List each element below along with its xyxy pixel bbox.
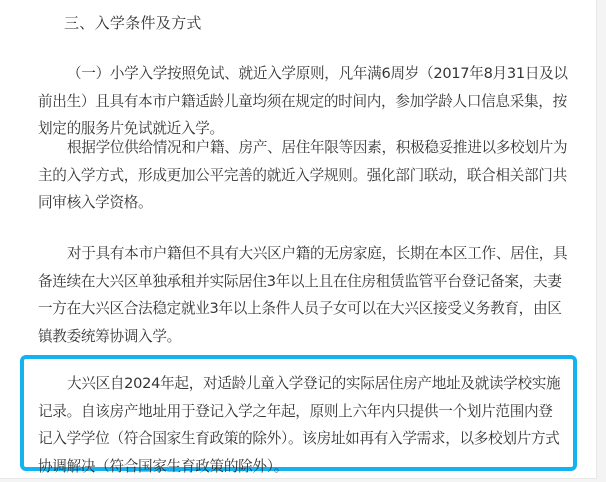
highlighted-paragraph: 大兴区自2024年起，对适龄儿童入学登记的实际居住房产地址及就读学校实施记录。自… <box>38 370 566 480</box>
article-page: 三、入学条件及方式 （一）小学入学按照免试、就近入学原则，凡年满6周岁（2017… <box>0 0 597 479</box>
paragraph-enrollment-principle: （一）小学入学按照免试、就近入学原则，凡年满6周岁（2017年8月31日及以前出… <box>38 60 568 143</box>
section-heading: 三、入学条件及方式 <box>64 12 202 34</box>
paragraph-non-local-households: 对于具有本市户籍但不具有大兴区户籍的无房家庭，长期在本区工作、居住，具备连续在大… <box>38 240 568 350</box>
paragraph-multi-school-zoning: 根据学位供给情况和户籍、房产、居住年限等因素，积极稳妥推进以多校划片为主的入学方… <box>38 134 568 217</box>
highlight-box: 大兴区自2024年起，对适龄儿童入学登记的实际居住房产地址及就读学校实施记录。自… <box>20 355 577 471</box>
